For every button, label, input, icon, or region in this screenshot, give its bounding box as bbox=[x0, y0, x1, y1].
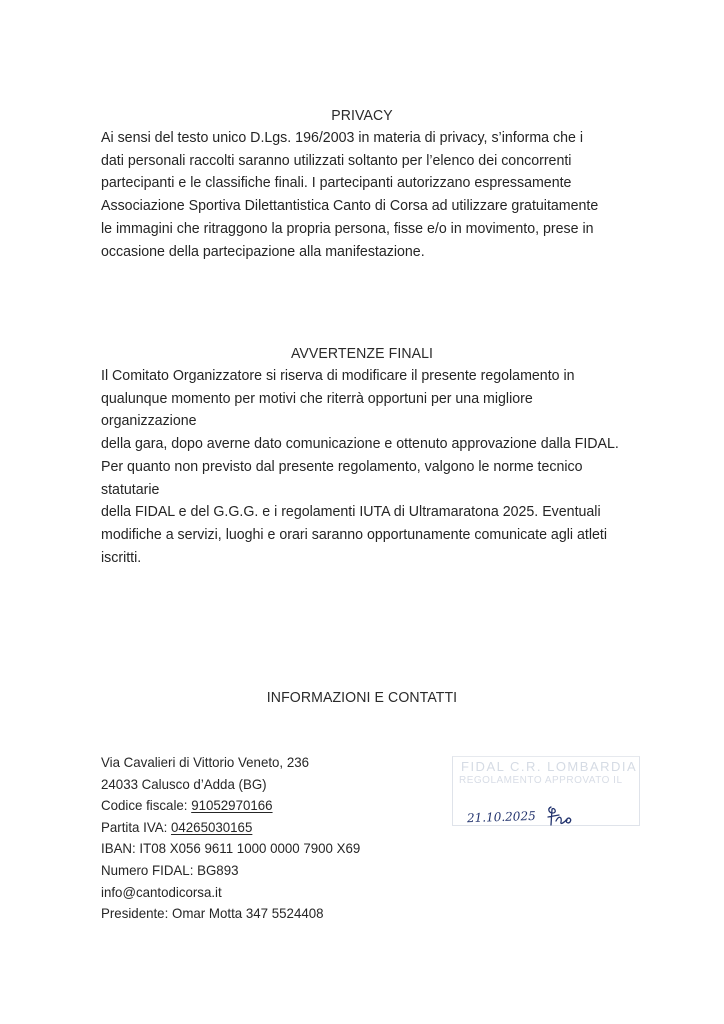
signature-icon bbox=[545, 803, 575, 827]
avvertenze-line: della gara, dopo averne dato comunicazio… bbox=[101, 433, 625, 456]
privacy-paragraph: Ai sensi del testo unico D.Lgs. 196/2003… bbox=[101, 127, 661, 263]
privacy-heading: PRIVACY bbox=[22, 107, 703, 124]
privacy-line: Associazione Sportiva Dilettantistica Ca… bbox=[101, 195, 625, 218]
privacy-line: le immagini che ritraggono la propria pe… bbox=[101, 218, 625, 241]
document-page: PRIVACY Ai sensi del testo unico D.Lgs. … bbox=[0, 0, 724, 1024]
avvertenze-line: iscritti. bbox=[101, 547, 625, 570]
codice-fiscale-label: Codice fiscale: bbox=[101, 797, 191, 813]
avvertenze-line: qualunque momento per motivi che riterrà… bbox=[101, 388, 625, 411]
partita-iva: Partita IVA: 04265030165 bbox=[101, 817, 360, 839]
numero-fidal: Numero FIDAL: BG893 bbox=[101, 860, 360, 882]
address-street: Via Cavalieri di Vittorio Veneto, 236 bbox=[101, 752, 360, 774]
privacy-line: occasione della partecipazione alla mani… bbox=[101, 241, 625, 264]
avvertenze-line: Il Comitato Organizzatore si riserva di … bbox=[101, 365, 625, 388]
stamp-organization: FIDAL C.R. LOMBARDIA bbox=[461, 759, 637, 774]
privacy-line: dati personali raccolti saranno utilizza… bbox=[101, 150, 625, 173]
avvertenze-line: della FIDAL e del G.G.G. e i regolamenti… bbox=[101, 501, 625, 524]
contatti-heading: INFORMAZIONI E CONTATTI bbox=[22, 689, 703, 706]
avvertenze-line: statutarie bbox=[101, 479, 625, 502]
codice-fiscale: Codice fiscale: 91052970166 bbox=[101, 795, 360, 817]
avvertenze-line: organizzazione bbox=[101, 410, 625, 433]
avvertenze-heading: AVVERTENZE FINALI bbox=[22, 345, 703, 362]
stamp-handwritten-date: 21.10.2025 bbox=[467, 809, 536, 825]
avvertenze-line: modifiche a servizi, luoghi e orari sara… bbox=[101, 524, 625, 547]
email-address: info@cantodicorsa.it bbox=[101, 882, 360, 904]
presidente-contact: Presidente: Omar Motta 347 5524408 bbox=[101, 903, 360, 925]
stamp-approval-text: REGOLAMENTO APPROVATO IL bbox=[459, 775, 623, 786]
codice-fiscale-value: 91052970166 bbox=[191, 797, 272, 813]
partita-iva-label: Partita IVA: bbox=[101, 819, 171, 835]
avvertenze-paragraph: Il Comitato Organizzatore si riserva di … bbox=[101, 365, 661, 569]
address-city: 24033 Calusco d’Adda (BG) bbox=[101, 774, 360, 796]
iban: IBAN: IT08 X056 9611 1000 0000 7900 X69 bbox=[101, 838, 360, 860]
partita-iva-value: 04265030165 bbox=[171, 819, 252, 835]
privacy-line: partecipanti e le classifiche finali. I … bbox=[101, 172, 625, 195]
avvertenze-line: Per quanto non previsto dal presente reg… bbox=[101, 456, 625, 479]
privacy-line: Ai sensi del testo unico D.Lgs. 196/2003… bbox=[101, 127, 625, 150]
contact-block: Via Cavalieri di Vittorio Veneto, 236 24… bbox=[101, 752, 374, 925]
approval-stamp: FIDAL C.R. LOMBARDIA REGOLAMENTO APPROVA… bbox=[452, 756, 640, 826]
